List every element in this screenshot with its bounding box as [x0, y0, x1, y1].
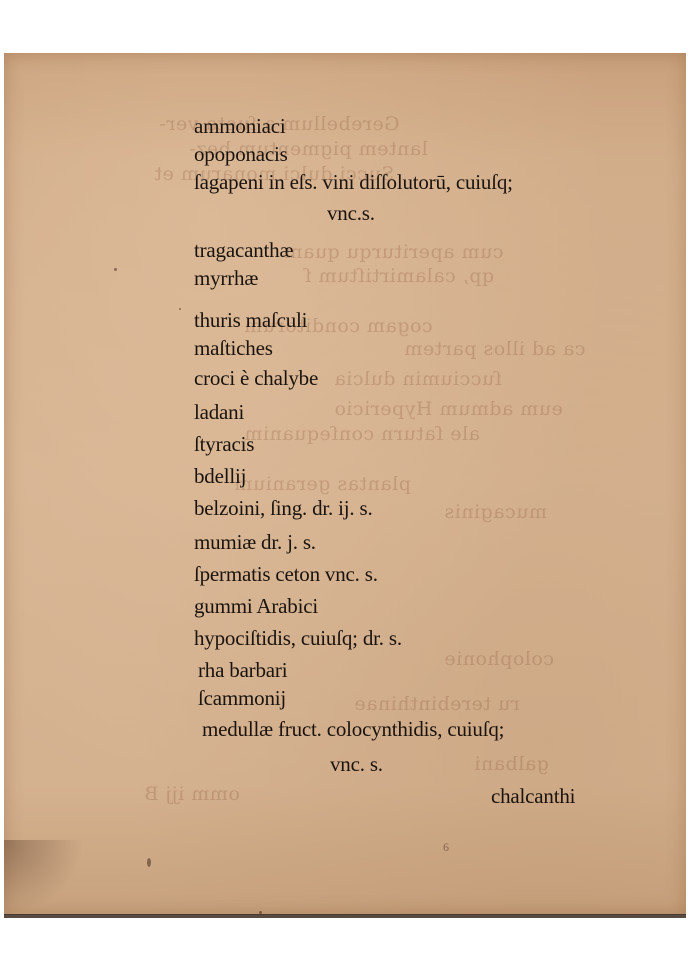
text-line: gummi Arabici [194, 594, 318, 618]
text-line: ſagapeni in eſs. vini diſſolutorū, cuiuſ… [194, 170, 513, 194]
text-line: thuris maſculi [194, 308, 307, 332]
text-line: medullæ fruct. colocynthidis, cuiuſq; [202, 717, 504, 741]
text-line: vnc.s. [327, 201, 375, 225]
text-line: belzoini, ſing. dr. ij. s. [194, 496, 373, 520]
text-line: bdellij [194, 464, 246, 488]
text-line: hypociſtidis, cuiuſq; dr. s. [194, 626, 402, 650]
text-line: ladani [194, 400, 244, 424]
text-line: myrrhæ [194, 266, 258, 290]
text-line: croci è chalybe [194, 366, 318, 390]
text-line: ammoniaci [194, 114, 286, 138]
text-line: vnc. s. [330, 752, 383, 776]
recipe-text: ammoniaci opoponacis ſagapeni in eſs. vi… [0, 0, 690, 976]
text-line: mumiæ dr. j. s. [194, 530, 316, 554]
text-line: opoponacis [194, 142, 288, 166]
text-line: rha barbari [198, 658, 287, 682]
text-line: tragacanthæ [194, 238, 293, 262]
catchword: chalcanthi [491, 784, 575, 808]
text-line: maſtiches [194, 336, 273, 360]
folio-mark: 6 [443, 840, 449, 855]
text-line: ſpermatis ceton vnc. s. [194, 562, 378, 586]
text-line: ſtyracis [194, 432, 254, 456]
text-line: ſcammonij [198, 686, 286, 710]
